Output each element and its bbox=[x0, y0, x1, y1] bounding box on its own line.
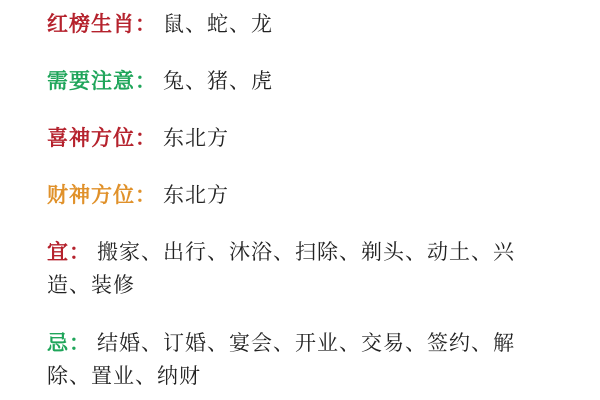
wealth-god-direction-label: 财神方位 bbox=[47, 183, 135, 207]
lucky-zodiac-label: 红榜生肖 bbox=[47, 12, 135, 36]
joy-god-direction-value: 东北方 bbox=[163, 126, 229, 150]
joy-god-direction-row: 喜神方位：东北方 bbox=[47, 122, 567, 155]
suitable-row: 宜：搬家、出行、沐浴、扫除、剃头、动土、兴造、装修 bbox=[47, 236, 557, 302]
separator: ： bbox=[135, 12, 157, 36]
lucky-zodiac-row: 红榜生肖：鼠、蛇、龙 bbox=[47, 8, 567, 41]
separator: ： bbox=[135, 183, 157, 207]
avoid-label: 忌 bbox=[47, 331, 69, 355]
joy-god-direction-label: 喜神方位 bbox=[47, 126, 135, 150]
avoid-row: 忌：结婚、订婚、宴会、开业、交易、签约、解除、置业、纳财 bbox=[47, 327, 557, 393]
separator: ： bbox=[69, 240, 91, 264]
separator: ： bbox=[135, 126, 157, 150]
separator: ： bbox=[135, 69, 157, 93]
caution-zodiac-row: 需要注意：兔、猪、虎 bbox=[47, 65, 567, 98]
caution-zodiac-value: 兔、猪、虎 bbox=[163, 69, 273, 93]
lucky-zodiac-value: 鼠、蛇、龙 bbox=[163, 12, 273, 36]
suitable-value: 搬家、出行、沐浴、扫除、剃头、动土、兴造、装修 bbox=[47, 240, 515, 297]
caution-zodiac-label: 需要注意 bbox=[47, 69, 135, 93]
avoid-value: 结婚、订婚、宴会、开业、交易、签约、解除、置业、纳财 bbox=[47, 331, 515, 388]
suitable-label: 宜 bbox=[47, 240, 69, 264]
separator: ： bbox=[69, 331, 91, 355]
wealth-god-direction-row: 财神方位：东北方 bbox=[47, 179, 567, 212]
wealth-god-direction-value: 东北方 bbox=[163, 183, 229, 207]
